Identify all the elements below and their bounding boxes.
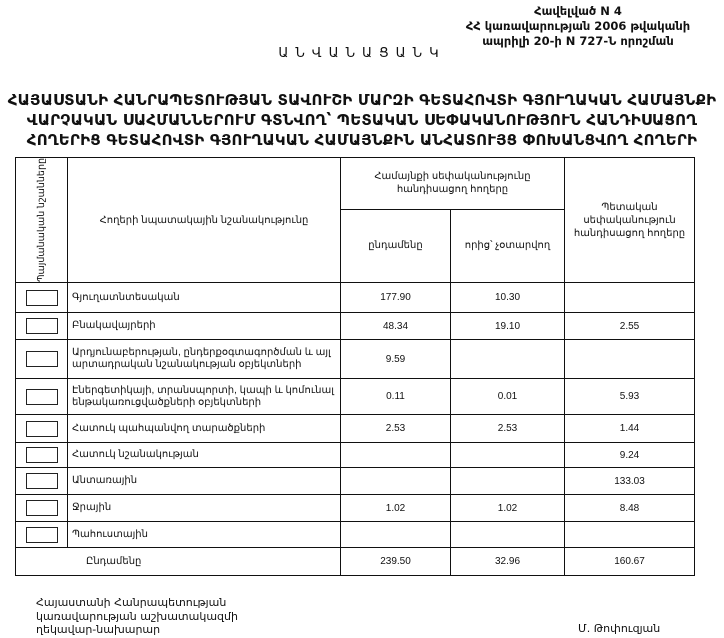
purpose-cell: Բնակավայրերի bbox=[68, 313, 341, 340]
table-row: Հատուկ նշանակության9.24 bbox=[16, 443, 695, 468]
signature-line: ղեկավար-նախարար bbox=[36, 623, 238, 637]
total-cell: 2.53 bbox=[341, 415, 451, 443]
totals-state: 160.67 bbox=[565, 548, 695, 576]
table-row: Անտառային133.03 bbox=[16, 468, 695, 495]
table-row: Արդյունաբերության, ընդերքօգտագործման և ա… bbox=[16, 340, 695, 379]
code-cell bbox=[16, 283, 68, 313]
approval-line: ՀՀ կառավարության 2006 թվականի bbox=[448, 19, 708, 34]
state-cell: 8.48 bbox=[565, 495, 695, 522]
code-cell bbox=[16, 522, 68, 548]
purpose-cell: Հատուկ պահպանվող տարածքների bbox=[68, 415, 341, 443]
legend-box-icon bbox=[26, 351, 58, 367]
table-row: Պահուստային bbox=[16, 522, 695, 548]
document-title: ԱՆՎԱՆԱՑԱՆԿ bbox=[0, 46, 724, 61]
purpose-cell: Գյուղատնտեսական bbox=[68, 283, 341, 313]
state-cell: 1.44 bbox=[565, 415, 695, 443]
totals-non-alienable: 32.96 bbox=[451, 548, 565, 576]
header-community-group: Համայնքի սեփականությունը հանդիսացող հողե… bbox=[341, 158, 565, 210]
code-cell bbox=[16, 379, 68, 415]
code-cell bbox=[16, 468, 68, 495]
header-total: ընդամենը bbox=[341, 209, 451, 282]
legend-box-icon bbox=[26, 290, 58, 306]
legend-box-icon bbox=[26, 500, 58, 516]
state-cell bbox=[565, 522, 695, 548]
code-cell bbox=[16, 340, 68, 379]
signature-line: կառավարության աշխատակազմի bbox=[36, 610, 238, 624]
purpose-cell: Հատուկ նշանակության bbox=[68, 443, 341, 468]
purpose-cell: Ջրային bbox=[68, 495, 341, 522]
table-row: Էներգետիկայի, տրանսպորտի, կապի և կոմունա… bbox=[16, 379, 695, 415]
code-cell bbox=[16, 495, 68, 522]
state-cell: 9.24 bbox=[565, 443, 695, 468]
non-alienable-cell bbox=[451, 340, 565, 379]
signature-name: Մ. Թոփուզյան bbox=[578, 622, 660, 635]
state-cell bbox=[565, 340, 695, 379]
legend-box-icon bbox=[26, 389, 58, 405]
state-cell: 133.03 bbox=[565, 468, 695, 495]
code-cell bbox=[16, 443, 68, 468]
legend-box-icon bbox=[26, 473, 58, 489]
header-non-alienable: որից՝ չօտարվող bbox=[451, 209, 565, 282]
total-cell bbox=[341, 468, 451, 495]
legend-box-icon bbox=[26, 527, 58, 543]
non-alienable-cell bbox=[451, 522, 565, 548]
total-cell: 0.11 bbox=[341, 379, 451, 415]
totals-label: Ընդամենը bbox=[16, 548, 341, 576]
totals-row: Ընդամենը 239.50 32.96 160.67 bbox=[16, 548, 695, 576]
purpose-cell: Էներգետիկայի, տրանսպորտի, կապի և կոմունա… bbox=[68, 379, 341, 415]
state-cell: 2.55 bbox=[565, 313, 695, 340]
table-row: Ջրային1.021.028.48 bbox=[16, 495, 695, 522]
state-cell: 5.93 bbox=[565, 379, 695, 415]
land-table: Պայմանական նշանները Հողերի նպատակային նշ… bbox=[15, 157, 695, 576]
code-cell bbox=[16, 415, 68, 443]
total-cell bbox=[341, 522, 451, 548]
legend-box-icon bbox=[26, 421, 58, 437]
non-alienable-cell bbox=[451, 443, 565, 468]
approval-line: Հավելված N 4 bbox=[448, 4, 708, 19]
subtitle-line: ՀԱՅԱՍՏԱՆԻ ՀԱՆՐԱՊԵՏՈՒԹՅԱՆ ՏԱՎՈՒՇԻ ՄԱՐԶԻ Գ… bbox=[0, 90, 724, 110]
table-row: Հատուկ պահպանվող տարածքների2.532.531.44 bbox=[16, 415, 695, 443]
non-alienable-cell: 19.10 bbox=[451, 313, 565, 340]
header-code-text: Պայմանական նշանները bbox=[36, 158, 48, 282]
purpose-cell: Արդյունաբերության, ընդերքօգտագործման և ա… bbox=[68, 340, 341, 379]
table-row: Գյուղատնտեսական177.9010.30 bbox=[16, 283, 695, 313]
legend-box-icon bbox=[26, 318, 58, 334]
signature-line: Հայաստանի Հանրապետության bbox=[36, 596, 238, 610]
document-subtitle: ՀԱՅԱՍՏԱՆԻ ՀԱՆՐԱՊԵՏՈՒԹՅԱՆ ՏԱՎՈՒՇԻ ՄԱՐԶԻ Գ… bbox=[0, 90, 724, 150]
non-alienable-cell: 10.30 bbox=[451, 283, 565, 313]
non-alienable-cell: 2.53 bbox=[451, 415, 565, 443]
non-alienable-cell bbox=[451, 468, 565, 495]
header-code: Պայմանական նշանները bbox=[16, 158, 68, 283]
legend-box-icon bbox=[26, 447, 58, 463]
code-cell bbox=[16, 313, 68, 340]
totals-total: 239.50 bbox=[341, 548, 451, 576]
total-cell: 48.34 bbox=[341, 313, 451, 340]
total-cell: 9.59 bbox=[341, 340, 451, 379]
signature-position: Հայաստանի Հանրապետության կառավարության ա… bbox=[36, 596, 238, 637]
total-cell bbox=[341, 443, 451, 468]
non-alienable-cell: 0.01 bbox=[451, 379, 565, 415]
approval-note: Հավելված N 4 ՀՀ կառավարության 2006 թվակա… bbox=[448, 4, 708, 49]
header-purpose: Հողերի նպատակային նշանակությունը bbox=[68, 158, 341, 283]
subtitle-line: ՀՈՂԵՐԻՑ ԳԵՏԱՀՈՎՏԻ ԳՅՈՒՂԱԿԱՆ ՀԱՄԱՅՆՔԻՆ ԱՆ… bbox=[0, 130, 724, 150]
header-state: Պետական սեփականություն հանդիսացող հողերը bbox=[565, 158, 695, 283]
purpose-cell: Անտառային bbox=[68, 468, 341, 495]
non-alienable-cell: 1.02 bbox=[451, 495, 565, 522]
table-row: Բնակավայրերի48.3419.102.55 bbox=[16, 313, 695, 340]
state-cell bbox=[565, 283, 695, 313]
subtitle-line: ՎԱՐՉԱԿԱՆ ՍԱՀՄԱՆՆԵՐՈՒՄ ԳՏՆՎՈՂ՝ ՊԵՏԱԿԱՆ ՍԵ… bbox=[0, 110, 724, 130]
total-cell: 177.90 bbox=[341, 283, 451, 313]
total-cell: 1.02 bbox=[341, 495, 451, 522]
purpose-cell: Պահուստային bbox=[68, 522, 341, 548]
